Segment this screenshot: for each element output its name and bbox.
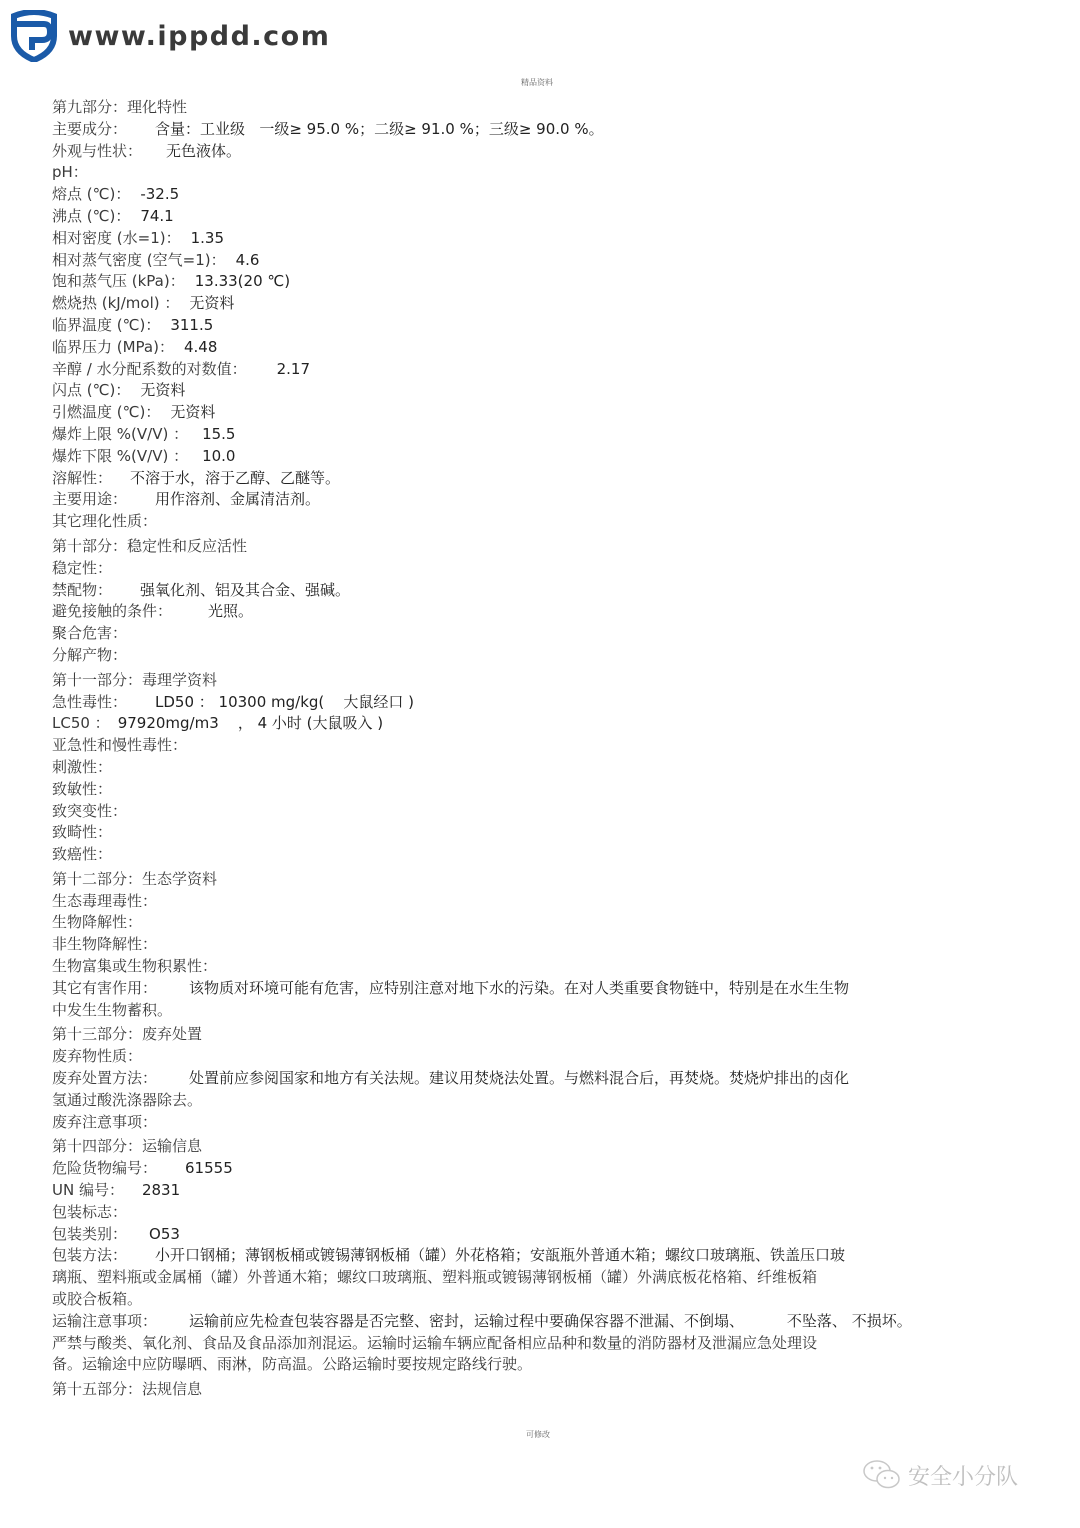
site-logo[interactable]: www.ippdd.com	[8, 10, 330, 62]
section-title: 第十部分：稳定性和反应活性	[52, 536, 1012, 558]
section-title: 第十一部分：毒理学资料	[52, 670, 1012, 692]
field-row: 非生物降解性：	[52, 934, 1012, 956]
field-row: 废弃物性质：	[52, 1046, 1012, 1068]
field-row: 运输注意事项：运输前应先检查包装容器是否完整、密封，运输过程中要确保容器不泄漏、…	[52, 1311, 1012, 1333]
field-row: 溶解性：不溶于水，溶于乙醇、乙醚等。	[52, 468, 1012, 490]
field-row: 主要成分：含量：工业级 一级≥ 95.0 %；二级≥ 91.0 %；三级≥ 90…	[52, 119, 1012, 141]
field-row: UN 编号：2831	[52, 1180, 1012, 1202]
field-row: 其它有害作用：该物质对环境可能有危害，应特别注意对地下水的污染。在对人类重要食物…	[52, 978, 1012, 1000]
field-row: LC50 ：97920mg/m3 ， 4 小时 (大鼠吸入 )	[52, 713, 1012, 735]
field-row: 废弃处置方法：处置前应参阅国家和地方有关法规。建议用焚烧法处置。与燃料混合后，再…	[52, 1068, 1012, 1090]
field-row: 生态毒理毒性：	[52, 891, 1012, 913]
header-note: 精品资料	[521, 77, 553, 88]
field-row: 临界压力 (MPa)：4.48	[52, 337, 1012, 359]
field-row: 主要用途：用作溶剂、金属清洁剂。	[52, 489, 1012, 511]
field-row: 沸点 (℃)：74.1	[52, 206, 1012, 228]
field-row: 致敏性：	[52, 779, 1012, 801]
field-row-continued: 严禁与酸类、氧化剂、食品及食品添加剂混运。运输时运输车辆应配备相应品种和数量的消…	[52, 1333, 1012, 1355]
field-row: pH：	[52, 162, 1012, 184]
field-row-continued: 或胶合板箱。	[52, 1289, 1012, 1311]
field-row: 临界温度 (℃)：311.5	[52, 315, 1012, 337]
field-row: 外观与性状：无色液体。	[52, 141, 1012, 163]
field-row: 熔点 (℃)：-32.5	[52, 184, 1012, 206]
field-row: 致突变性：	[52, 801, 1012, 823]
field-row: 致癌性：	[52, 844, 1012, 866]
field-row-continued: 备。运输途中应防曝晒、雨淋，防高温。公路运输时要按规定路线行驶。	[52, 1354, 1012, 1376]
section-title: 第十五部分：法规信息	[52, 1379, 1012, 1401]
field-row: 禁配物：强氧化剂、铝及其合金、强碱。	[52, 580, 1012, 602]
field-row: 闪点 (℃)：无资料	[52, 380, 1012, 402]
field-row: 废弃注意事项：	[52, 1112, 1012, 1134]
field-row: 包装方法：小开口钢桶；薄钢板桶或镀锡薄钢板桶（罐）外花格箱；安瓿瓶外普通木箱；螺…	[52, 1245, 1012, 1267]
section-title: 第十二部分：生态学资料	[52, 869, 1012, 891]
field-row: 聚合危害：	[52, 623, 1012, 645]
field-row: 刺激性：	[52, 757, 1012, 779]
field-row: 相对密度 (水=1)：1.35	[52, 228, 1012, 250]
field-row: 生物富集或生物积累性：	[52, 956, 1012, 978]
field-row: 亚急性和慢性毒性：	[52, 735, 1012, 757]
field-row: 其它理化性质：	[52, 511, 1012, 533]
field-row-continued: 璃瓶、塑料瓶或金属桶（罐）外普通木箱；螺纹口玻璃瓶、塑料瓶或镀锡薄钢板桶（罐）外…	[52, 1267, 1012, 1289]
field-row: 包装类别：O53	[52, 1224, 1012, 1246]
field-row-continued: 氢通过酸洗涤器除去。	[52, 1090, 1012, 1112]
field-row: 致畸性：	[52, 822, 1012, 844]
wechat-icon	[862, 1458, 902, 1492]
watermark-text: 安全小分队	[908, 1460, 1018, 1491]
site-url: www.ippdd.com	[68, 21, 330, 52]
field-row: 避免接触的条件：光照。	[52, 601, 1012, 623]
shield-p-icon	[8, 10, 60, 62]
section-title: 第九部分：理化特性	[52, 97, 1012, 119]
field-row: 饱和蒸气压 (kPa)：13.33(20 ℃)	[52, 271, 1012, 293]
field-row: 稳定性：	[52, 558, 1012, 580]
footer-note: 可修改	[526, 1429, 550, 1440]
field-row: 急性毒性：LD50 ： 10300 mg/kg( 大鼠经口 )	[52, 692, 1012, 714]
field-row: 包装标志：	[52, 1202, 1012, 1224]
field-row: 爆炸下限 %(V/V) ：10.0	[52, 446, 1012, 468]
field-row: 相对蒸气密度 (空气=1)：4.6	[52, 250, 1012, 272]
field-row: 生物降解性：	[52, 912, 1012, 934]
field-row: 燃烧热 (kJ/mol) ：无资料	[52, 293, 1012, 315]
field-row: 分解产物：	[52, 645, 1012, 667]
field-row: 爆炸上限 %(V/V) ：15.5	[52, 424, 1012, 446]
section-title: 第十三部分：废弃处置	[52, 1024, 1012, 1046]
field-row: 引燃温度 (℃)：无资料	[52, 402, 1012, 424]
field-row: 辛醇 / 水分配系数的对数值：2.17	[52, 359, 1012, 381]
watermark: 安全小分队	[862, 1458, 1018, 1492]
section-title: 第十四部分：运输信息	[52, 1136, 1012, 1158]
field-row: 危险货物编号：61555	[52, 1158, 1012, 1180]
document-body: 第九部分：理化特性 主要成分：含量：工业级 一级≥ 95.0 %；二级≥ 91.…	[52, 94, 1012, 1401]
field-row-continued: 中发生生物蓄积。	[52, 1000, 1012, 1022]
